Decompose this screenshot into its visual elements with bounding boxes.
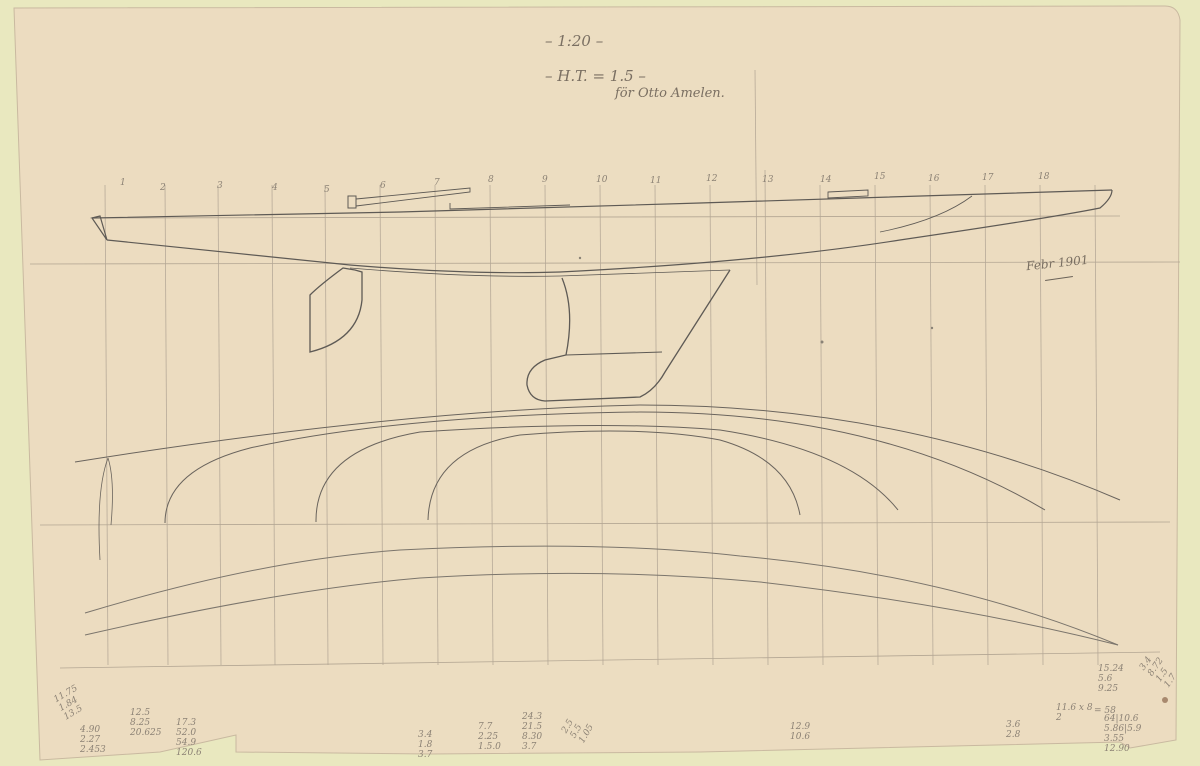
- calc-note: 11.6 x 8 2: [1056, 703, 1093, 723]
- scale-annotation: – 1:20 –: [545, 32, 603, 50]
- calc-note: 24.3 21.5 8.30 3.7: [522, 712, 542, 752]
- calc-note: 64|10.6 5.86|5.9 3.55 12.90: [1104, 714, 1141, 754]
- calc-note: 12.5 8.25 20.625: [130, 708, 162, 738]
- owner-annotation: för Otto Amelen.: [615, 86, 725, 101]
- ht-annotation: – H.T. = 1.5 –: [545, 67, 646, 85]
- calc-note: 12.9 10.6: [790, 722, 810, 742]
- calc-note: 7.7 2.25 1.5.0: [478, 722, 501, 752]
- calc-note: 15.24 5.6 9.25: [1098, 664, 1124, 694]
- yacht-lines-drawing: [0, 0, 1200, 766]
- calc-note: 4.90 2.27 2.453: [80, 725, 106, 755]
- drawing-sheet: – 1:20 – – H.T. = 1.5 – för Otto Amelen.…: [0, 0, 1200, 766]
- calc-note: 17.3 52.0 54.9 120.6: [176, 718, 202, 758]
- calc-note: 3.4 1.8 3.7: [418, 730, 432, 760]
- calc-note: 3.6 2.8: [1006, 720, 1020, 740]
